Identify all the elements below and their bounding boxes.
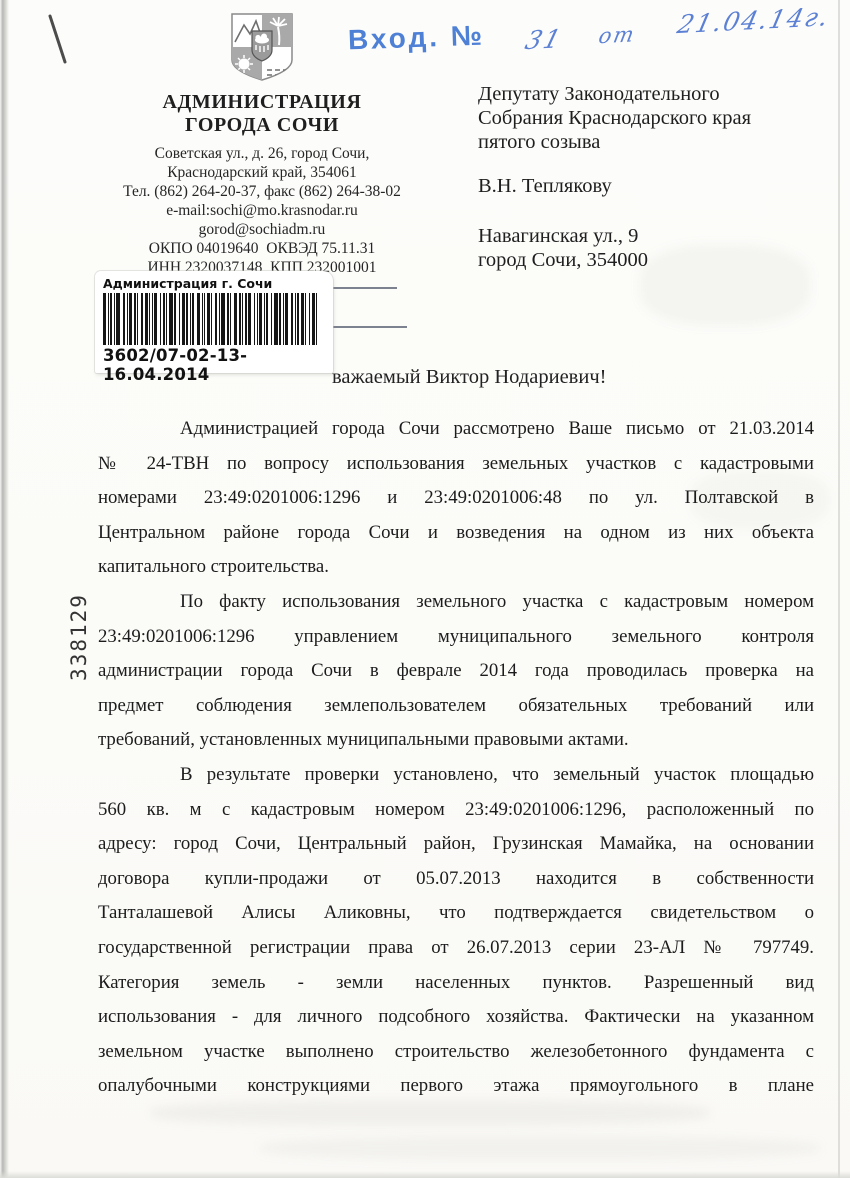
body-line: земельном участке выполнено строительств…	[98, 1035, 814, 1070]
barcode-bar	[129, 293, 132, 345]
recipient-name: В.Н. Теплякову	[478, 174, 818, 198]
body-line: Администрацией города Сочи рассмотрено В…	[98, 412, 814, 447]
letterhead-address: Советская ул., д. 26, город Сочи,Краснод…	[78, 144, 446, 277]
body-line: В результате проверки установлено, что з…	[98, 758, 814, 793]
barcode-bar	[234, 293, 237, 345]
body-line: 560 кв. м с кадастровым номером 23:49:02…	[98, 793, 814, 828]
barcode-bar	[239, 293, 241, 345]
barcode-bar	[103, 293, 106, 345]
barcode-bar	[242, 293, 243, 345]
body-line: государственной регистрации права от 26.…	[98, 931, 814, 966]
letterhead-address-line: Тел. (862) 264-20-37, факс (862) 264-38-…	[78, 182, 446, 201]
barcode-bar	[309, 293, 310, 345]
letterhead-address-line: ОКПО 04019640 ОКВЭД 75.11.31	[78, 239, 446, 258]
barcode-bar	[202, 293, 203, 345]
scan-edge-right	[838, 0, 840, 1178]
barcode-bar	[285, 293, 288, 345]
barcode-bar	[149, 293, 150, 345]
barcode-bar	[160, 293, 161, 345]
recipient-title-line: пятого созыва	[478, 130, 818, 154]
vertical-registration-number: 338129	[67, 567, 93, 707]
recipient-address-line: город Сочи, 354000	[478, 248, 818, 272]
body-line: опалубочными конструкциями первого этажа…	[98, 1069, 814, 1104]
barcode-bar	[192, 293, 194, 345]
barcode-bar	[312, 293, 315, 345]
barcode-bar	[227, 293, 229, 345]
barcode-bar	[297, 293, 299, 345]
barcode-bar	[283, 293, 284, 345]
barcode-bar	[152, 293, 153, 345]
body-line: договора купли-продажи от 05.07.2013 нах…	[98, 862, 814, 897]
barcode-bar	[259, 293, 262, 345]
barcode-bar	[254, 293, 255, 345]
barcode-bar	[127, 293, 128, 345]
barcode-sticker-label: Администрация г. Сочи	[103, 276, 333, 291]
body-line: 23:49:0201006:1296 управлением муниципал…	[98, 620, 814, 655]
reference-underline	[331, 287, 397, 289]
recipient-address: Навагинская ул., 9город Сочи, 354000	[478, 224, 818, 272]
barcode-bar	[274, 293, 278, 345]
barcode-bar	[114, 293, 115, 345]
barcode-bar	[245, 293, 247, 345]
letterhead-address-line: Советская ул., д. 26, город Сочи,	[78, 144, 446, 163]
barcode-bar	[110, 293, 112, 345]
barcode-bar	[291, 293, 293, 345]
barcode-bar	[179, 293, 180, 345]
reference-underline	[331, 326, 407, 328]
barcode-bar	[123, 293, 125, 345]
barcode-bar	[197, 293, 200, 345]
barcode-bar	[154, 293, 157, 345]
letterhead-address-line: Краснодарский край, 354061	[78, 163, 446, 182]
incoming-stamp: Вход. №	[347, 20, 485, 57]
scan-edge-bottom	[0, 1171, 850, 1178]
handwritten-preposition: от	[596, 22, 637, 48]
scan-edge-left	[0, 0, 9, 1178]
barcode-bar	[279, 293, 281, 345]
salutation: важаемый Виктор Нодариевич!	[332, 366, 606, 389]
barcode-sticker: Администрация г. Сочи 3602/07-02-13-16.0…	[95, 271, 333, 373]
barcode-bar	[266, 293, 268, 345]
barcode-bar	[166, 293, 167, 345]
barcode-bar	[264, 293, 265, 345]
bleed-through-smudge	[260, 1136, 820, 1160]
barcode-number: 3602/07-02-13-16.04.2014	[103, 346, 333, 384]
body-line: Танталашевой Алисы Аликовны, что подтвер…	[98, 896, 814, 931]
body-line: капитального строительства.	[98, 550, 814, 585]
barcode-bar	[141, 293, 143, 345]
org-name-line1: АДМИНИСТРАЦИЯ	[78, 91, 446, 114]
recipient-address-line: Навагинская ул., 9	[478, 224, 818, 248]
barcode-bar	[219, 293, 220, 345]
barcode-bar	[204, 293, 205, 345]
barcode-bar	[190, 293, 191, 345]
body-line: номерами 23:49:0201006:1296 и 23:49:0201…	[98, 481, 814, 516]
org-name-line2: ГОРОДА СОЧИ	[78, 114, 446, 137]
recipient-title-line: Собрания Краснодарского края	[478, 106, 818, 130]
barcode-bar	[215, 293, 217, 345]
body-line: Центральном районе города Сочи и возведе…	[98, 516, 814, 551]
barcode-bar	[295, 293, 296, 345]
recipient-block: Депутату ЗаконодательногоСобрания Красно…	[478, 82, 818, 272]
scanned-letter-page: АДМИНИСТРАЦИЯ ГОРОДА СОЧИ Советская ул.,…	[0, 0, 850, 1178]
recipient-title-line: Депутату Законодательного	[478, 82, 818, 106]
body-line: требований, установленных муниципальными…	[98, 723, 814, 758]
body-text: Администрацией города Сочи рассмотрено В…	[98, 412, 814, 1104]
barcode-bar	[137, 293, 138, 345]
barcode-bar	[257, 293, 258, 345]
incoming-stamp-label: Вход. №	[347, 20, 485, 56]
pen-stroke-mark	[40, 8, 80, 72]
body-line: предмет соблюдения землепользователем об…	[98, 689, 814, 724]
letterhead-address-line: e-mail:sochi@mo.krasnodar.ru	[78, 201, 446, 220]
bleed-through-smudge	[150, 1100, 710, 1126]
body-line: Категория земель - земли населенных пунк…	[98, 966, 814, 1001]
barcode-bar	[271, 293, 272, 345]
barcode-bar	[221, 293, 225, 345]
recipient-title: Депутату ЗаконодательногоСобрания Красно…	[478, 82, 818, 154]
barcode-bar	[305, 293, 306, 345]
body-line: администрации города Сочи в феврале 2014…	[98, 654, 814, 689]
barcode-bar	[207, 293, 210, 345]
handwritten-date: 21.04.14г.	[675, 2, 834, 39]
barcode-bar	[134, 293, 136, 345]
barcode-bar	[169, 293, 173, 345]
barcode-bar	[145, 293, 148, 345]
barcode-bar	[248, 293, 251, 345]
barcode-bar	[174, 293, 176, 345]
barcode-bar	[230, 293, 231, 345]
barcode-bar	[116, 293, 120, 345]
handwritten-number: 31	[522, 24, 566, 55]
barcode-bar	[186, 293, 188, 345]
barcode-bar	[163, 293, 165, 345]
barcode-bar	[301, 293, 304, 345]
body-line: № 24-ТВН по вопросу использования земель…	[98, 447, 814, 482]
body-line: использования - для личного подсобного х…	[98, 1000, 814, 1035]
barcode-bar	[211, 293, 212, 345]
letterhead-address-line: gorod@sochiadm.ru	[78, 220, 446, 239]
barcode-bar	[182, 293, 185, 345]
body-line: адресу: город Сочи, Центральный район, Г…	[98, 827, 814, 862]
barcode-bars	[103, 293, 333, 345]
barcode-bar	[316, 293, 317, 345]
body-line: По факту использования земельного участк…	[98, 585, 814, 620]
handwritten-registration: 31 от 21.04.14г.	[527, 2, 830, 47]
barcode-bar	[108, 293, 109, 345]
sochi-coat-of-arms-icon	[229, 12, 295, 82]
